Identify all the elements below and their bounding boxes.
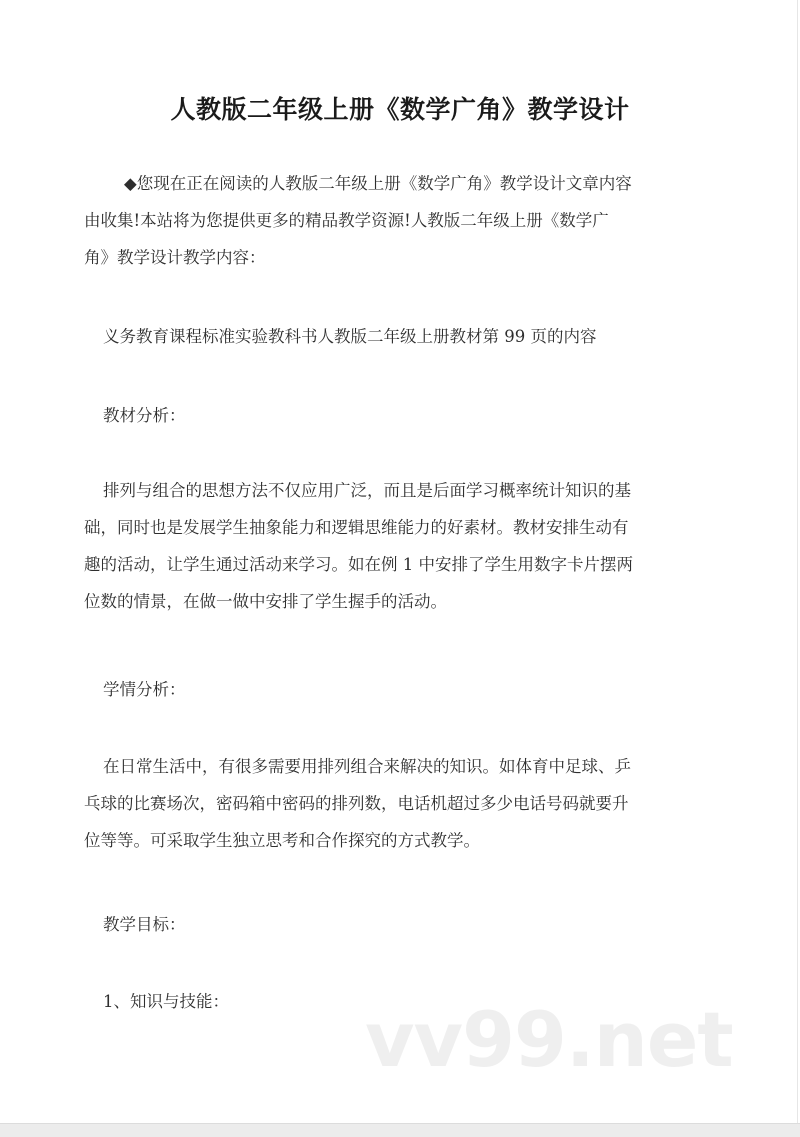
intro-line: 角》教学设计教学内容： (84, 239, 714, 276)
intro-line: ◆您现在正在阅读的人教版二年级上册《数学广角》教学设计文章内容 (84, 165, 714, 202)
paragraph-line: 在日常生活中，有很多需要用排列组合来解决的知识。如体育中足球、乒 (84, 748, 714, 785)
content-line: 义务教育课程标准实验教科书人教版二年级上册教材第 99 页的内容 (84, 318, 714, 355)
heading-student-analysis: 学情分析： (84, 671, 714, 708)
student-analysis-paragraph: 在日常生活中，有很多需要用排列组合来解决的知识。如体育中足球、乒 乓球的比赛场次… (84, 748, 714, 859)
heading-material-analysis: 教材分析： (84, 397, 714, 434)
paragraph-line: 础，同时也是发展学生抽象能力和逻辑思维能力的好素材。教材安排生动有 (84, 509, 714, 546)
heading-teaching-goals: 教学目标： (84, 906, 714, 943)
document-title: 人教版二年级上册《数学广角》教学设计 (0, 90, 800, 126)
section-heading: 学情分析： (84, 671, 714, 708)
page-bottom-divider (0, 1123, 800, 1137)
goal-1: 1、知识与技能： (84, 983, 714, 1020)
goal-item: 1、知识与技能： (84, 983, 714, 1020)
paragraph-line: 趣的活动，让学生通过活动来学习。如在例 1 中安排了学生用数字卡片摆两 (84, 546, 714, 583)
intro-line: 由收集!本站将为您提供更多的精品教学资源!人教版二年级上册《数学广 (84, 202, 714, 239)
section-heading: 教材分析： (84, 397, 714, 434)
paragraph-line: 乓球的比赛场次，密码箱中密码的排列数，电话机超过多少电话号码就要升 (84, 785, 714, 822)
paragraph-line: 排列与组合的思想方法不仅应用广泛，而且是后面学习概率统计知识的基 (84, 472, 714, 509)
material-analysis-paragraph: 排列与组合的思想方法不仅应用广泛，而且是后面学习概率统计知识的基 础，同时也是发… (84, 472, 714, 620)
content-paragraph: 义务教育课程标准实验教科书人教版二年级上册教材第 99 页的内容 (84, 318, 714, 355)
paragraph-line: 位数的情景，在做一做中安排了学生握手的活动。 (84, 583, 714, 620)
document-page: 人教版二年级上册《数学广角》教学设计 ◆您现在正在阅读的人教版二年级上册《数学广… (0, 0, 798, 1123)
intro-paragraph: ◆您现在正在阅读的人教版二年级上册《数学广角》教学设计文章内容 由收集!本站将为… (84, 165, 714, 276)
paragraph-line: 位等等。可采取学生独立思考和合作探究的方式教学。 (84, 822, 714, 859)
section-heading: 教学目标： (84, 906, 714, 943)
